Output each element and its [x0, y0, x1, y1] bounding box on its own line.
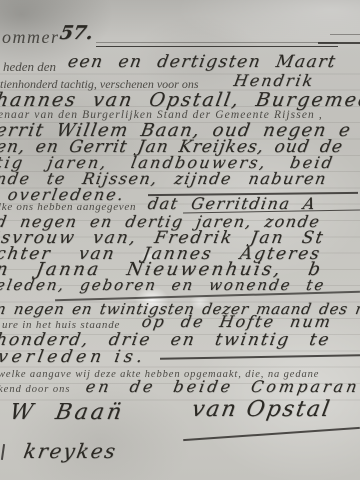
- handwritten-text: hannes van Opstall, Burgemees: [0, 89, 360, 111]
- scanned-register-page: ommer 57. heden den een en dertigsten Ma…: [0, 0, 360, 480]
- handwritten-text: en de beide Comparan: [84, 377, 360, 396]
- edge-mark: [330, 34, 360, 35]
- signature-baan: W Baan̈: [8, 400, 127, 425]
- printed-text: kend door ons: [0, 384, 71, 395]
- handwritten-text: een en dertigsten Maart: [66, 52, 338, 72]
- printed-text: heden den: [3, 59, 56, 75]
- section-rule: [160, 354, 360, 359]
- record-number-label: ommer: [2, 27, 60, 48]
- handwritten-text: eleden, geboren en wonende te: [0, 276, 327, 294]
- handwritten-text: op de Hofte num: [140, 312, 333, 331]
- header-rule: [96, 42, 338, 47]
- handwritten-text: verleden is.: [0, 347, 148, 367]
- edge-mark: [318, 42, 360, 44]
- signature-flourish: [183, 427, 360, 441]
- signature-van-opstal: van Opstal: [190, 397, 334, 422]
- handwritten-text: Hendrik: [232, 71, 316, 90]
- signature-kreykes: kreykes: [22, 439, 119, 463]
- cutoff-initial-stroke: [1, 444, 5, 460]
- record-number-value: 57.: [58, 22, 95, 44]
